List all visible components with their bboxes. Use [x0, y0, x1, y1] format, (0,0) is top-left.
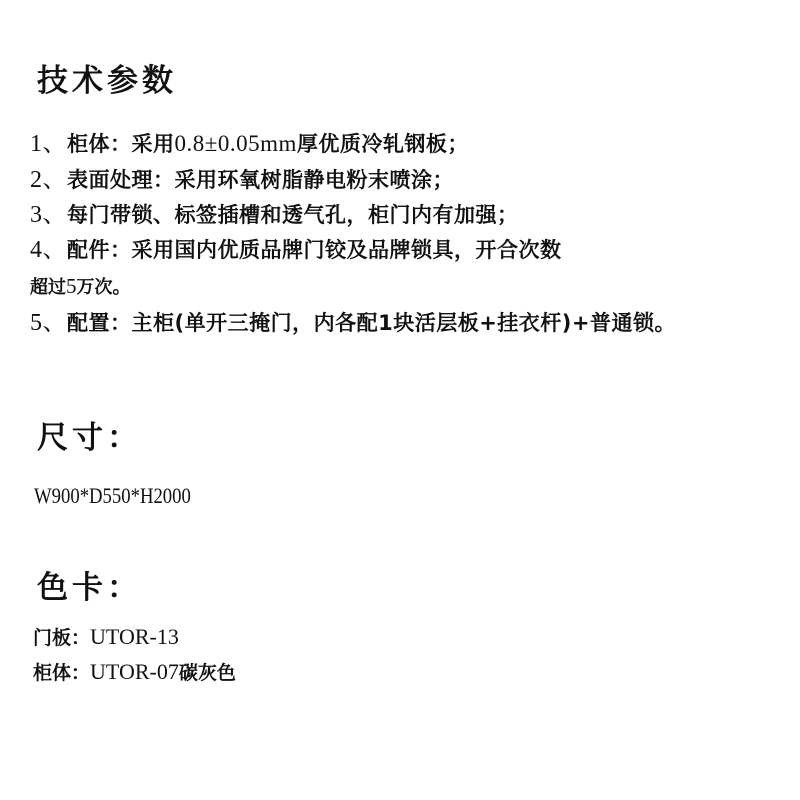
item-text-post: 普通锁。	[590, 311, 676, 335]
spec-item-1: 1、柜体：采用0.8±0.05mm厚优质冷轧钢板；	[30, 130, 469, 158]
item-text-pre: 采用	[132, 132, 175, 156]
item-config-detail: (单开三掩门，内各配1块活层板+挂衣杆)+	[175, 311, 591, 335]
item-text-post: 万次。	[77, 277, 131, 298]
color-item-code: UTOR-13	[90, 624, 179, 649]
spec-item-3: 3、每门带锁、标签插槽和透气孔，柜门内有加强；	[30, 201, 519, 229]
item-label: 配置：	[67, 311, 132, 335]
color-item-label: 柜体：	[33, 662, 90, 684]
size-value: W900*D550*H2000	[34, 482, 191, 510]
item-number: 1、	[30, 131, 67, 157]
spec-item-4-continuation: 超过5万次。	[30, 274, 131, 300]
item-label: 配件：	[67, 238, 132, 262]
item-label: 表面处理：	[67, 168, 175, 192]
item-number: 5、	[30, 310, 67, 336]
color-item-label: 门板：	[33, 627, 90, 649]
item-text-post: 厚优质冷轧钢板；	[297, 132, 469, 156]
color-title: 色卡：	[37, 570, 142, 606]
item-text-pre: 超过	[30, 277, 66, 298]
item-number: 3、	[30, 202, 67, 228]
item-number: 4、	[30, 237, 67, 263]
item-text: 每门带锁、标签插槽和透气孔，柜门内有加强；	[67, 203, 519, 227]
item-label: 柜体：	[67, 132, 132, 156]
item-text: 采用环氧树脂静电粉末喷涂；	[175, 168, 455, 192]
color-item-desc: 碳灰色	[179, 662, 236, 684]
color-item-code: UTOR-07	[90, 659, 179, 684]
spec-item-4: 4、配件：采用国内优质品牌门铰及品牌锁具，开合次数	[30, 236, 562, 264]
item-number: 2、	[30, 167, 67, 193]
item-count-value: 5	[66, 274, 77, 298]
size-title: 尺寸：	[37, 420, 142, 456]
color-item-door: 门板：UTOR-13	[33, 624, 179, 651]
spec-item-2: 2、表面处理：采用环氧树脂静电粉末喷涂；	[30, 166, 454, 194]
spec-item-5: 5、配置：主柜(单开三掩门，内各配1块活层板+挂衣杆)+普通锁。	[30, 309, 676, 337]
color-item-cabinet: 柜体：UTOR-07碳灰色	[33, 659, 236, 686]
item-thickness-value: 0.8±0.05mm	[175, 131, 297, 156]
item-text: 采用国内优质品牌门铰及品牌锁具，开合次数	[132, 238, 562, 262]
item-text-pre: 主柜	[132, 311, 175, 335]
spec-title: 技术参数	[37, 63, 177, 99]
